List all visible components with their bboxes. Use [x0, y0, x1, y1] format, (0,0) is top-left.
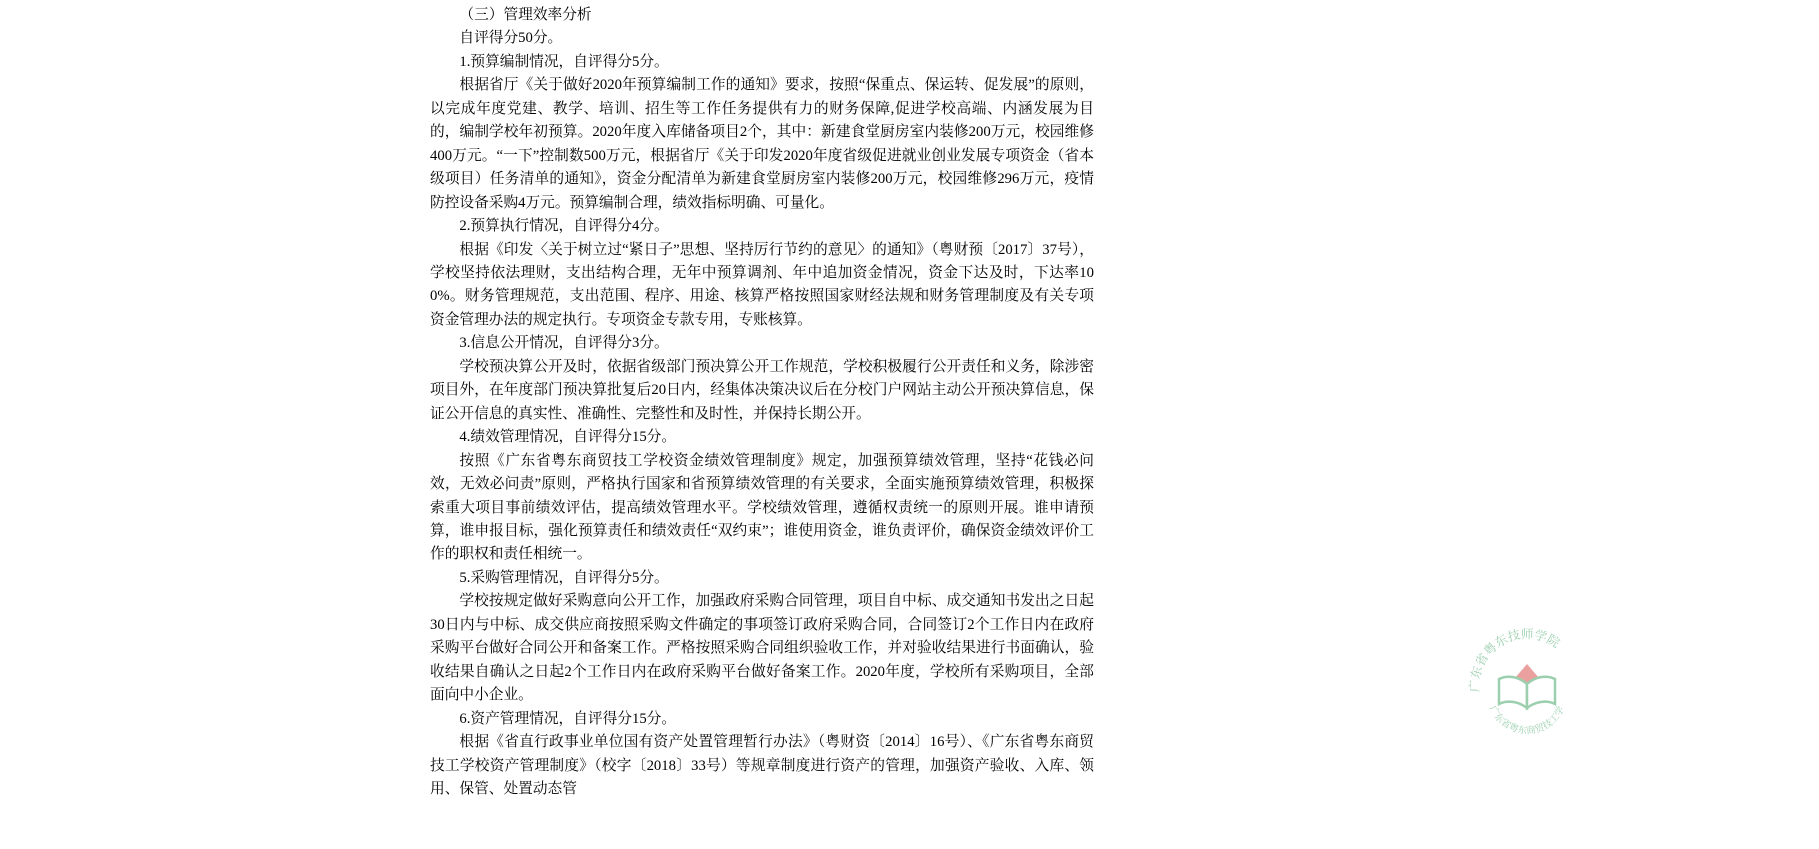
paragraph: 1.预算编制情况，自评得分5分。 — [430, 51, 1094, 74]
seal-logo-icon: 广东省粤东技师学院 广东省粤东商贸技工学校 — [1463, 622, 1591, 750]
document-body: （三）管理效率分析自评得分50分。1.预算编制情况，自评得分5分。根据省厅《关于… — [430, 4, 1094, 801]
paragraph: 3.信息公开情况，自评得分3分。 — [430, 332, 1094, 355]
paragraph: （三）管理效率分析 — [430, 4, 1094, 27]
school-seal-watermark: 广东省粤东技师学院 广东省粤东商贸技工学校 — [1463, 622, 1591, 750]
paragraph: 根据《省直行政事业单位国有资产处置管理暂行办法》（粤财资〔2014〕16号）、《… — [430, 731, 1094, 801]
paragraph: 根据《印发〈关于树立过“紧日子”思想、坚持厉行节约的意见〉的通知》（粤财预〔20… — [430, 239, 1094, 333]
paragraph: 自评得分50分。 — [430, 27, 1094, 50]
paragraph: 根据省厅《关于做好2020年预算编制工作的通知》要求，按照“保重点、保运转、促发… — [430, 74, 1094, 215]
paragraph: 6.资产管理情况，自评得分15分。 — [430, 708, 1094, 731]
paragraph: 按照《广东省粤东商贸技工学校资金绩效管理制度》规定，加强预算绩效管理，坚持“花钱… — [430, 450, 1094, 567]
paragraph: 4.绩效管理情况，自评得分15分。 — [430, 426, 1094, 449]
document-page: （三）管理效率分析自评得分50分。1.预算编制情况，自评得分5分。根据省厅《关于… — [430, 4, 1094, 801]
open-book-icon — [1499, 664, 1555, 708]
paragraph: 2.预算执行情况，自评得分4分。 — [430, 215, 1094, 238]
paragraph: 学校按规定做好采购意向公开工作，加强政府采购合同管理，项目自中标、成交通知书发出… — [430, 590, 1094, 707]
paragraph: 5.采购管理情况，自评得分5分。 — [430, 567, 1094, 590]
seal-arc-text-bottom: 广东省粤东商贸技工学校 — [1463, 622, 1567, 737]
paragraph: 学校预决算公开及时，依据省级部门预决算公开工作规范，学校积极履行公开责任和义务，… — [430, 356, 1094, 426]
seal-arc-text-top: 广东省粤东技师学院 — [1467, 626, 1563, 692]
